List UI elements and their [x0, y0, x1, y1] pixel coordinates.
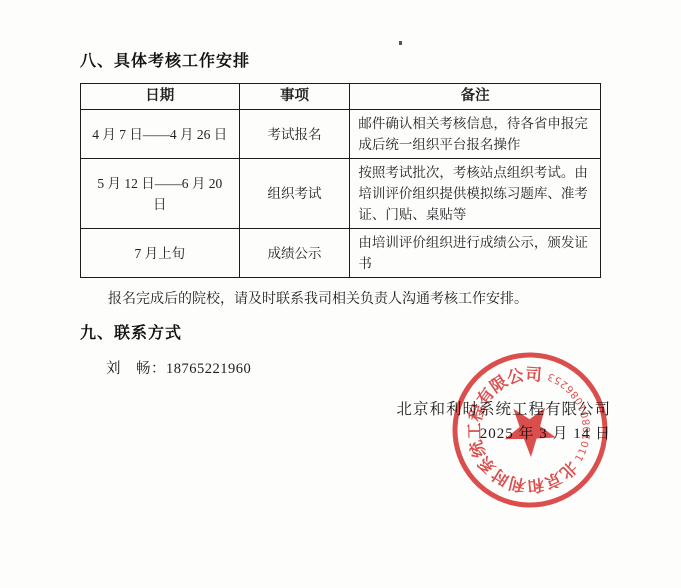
contact-line: 刘 畅：18765221960 [106, 357, 611, 378]
column-header-date: 日期 [81, 84, 240, 110]
document-body: 八、具体考核工作安排 日期 事项 备注 4 月 7 日——4 月 26 日 考试… [80, 48, 611, 378]
cell-item: 成绩公示 [239, 229, 350, 278]
cell-note: 按照考试批次，考核站点组织考试。由培训评价组织提供模拟练习题库、准考证、门贴、桌… [350, 159, 601, 229]
document-page: 八、具体考核工作安排 日期 事项 备注 4 月 7 日——4 月 26 日 考试… [0, 0, 681, 588]
signature-block: 北京和利时系统工程有限公司 2025 年 3 月 14 日 [396, 398, 611, 446]
section-8-heading: 八、具体考核工作安排 [80, 48, 611, 71]
followup-paragraph: 报名完成后的院校，请及时联系我司相关负责人沟通考核工作安排。 [80, 289, 611, 310]
signature-company: 北京和利时系统工程有限公司 [396, 398, 611, 422]
cell-note: 邮件确认相关考核信息，待各省申报完成后统一组织平台报名操作 [350, 110, 601, 159]
cell-date: 4 月 7 日——4 月 26 日 [81, 110, 240, 159]
signature-date: 2025 年 3 月 14 日 [396, 422, 611, 446]
cell-date: 5 月 12 日——6 月 20 日 [81, 159, 240, 229]
cell-note: 由培训评价组织进行成绩公示，颁发证书 [350, 229, 601, 278]
section-9-heading: 九、联系方式 [80, 320, 611, 343]
table-row: 7 月上旬 成绩公示 由培训评价组织进行成绩公示，颁发证书 [81, 229, 601, 278]
schedule-table: 日期 事项 备注 4 月 7 日——4 月 26 日 考试报名 邮件确认相关考核… [80, 83, 601, 278]
column-header-item: 事项 [239, 84, 350, 110]
cell-item: 考试报名 [239, 110, 350, 159]
table-header-row: 日期 事项 备注 [81, 84, 601, 110]
table-row: 4 月 7 日——4 月 26 日 考试报名 邮件确认相关考核信息，待各省申报完… [81, 110, 601, 159]
column-header-note: 备注 [350, 84, 601, 110]
cell-date: 7 月上旬 [81, 229, 240, 278]
cell-item: 组织考试 [239, 159, 350, 229]
table-row: 5 月 12 日——6 月 20 日 组织考试 按照考试批次，考核站点组织考试。… [81, 159, 601, 229]
scan-speck [399, 41, 402, 45]
